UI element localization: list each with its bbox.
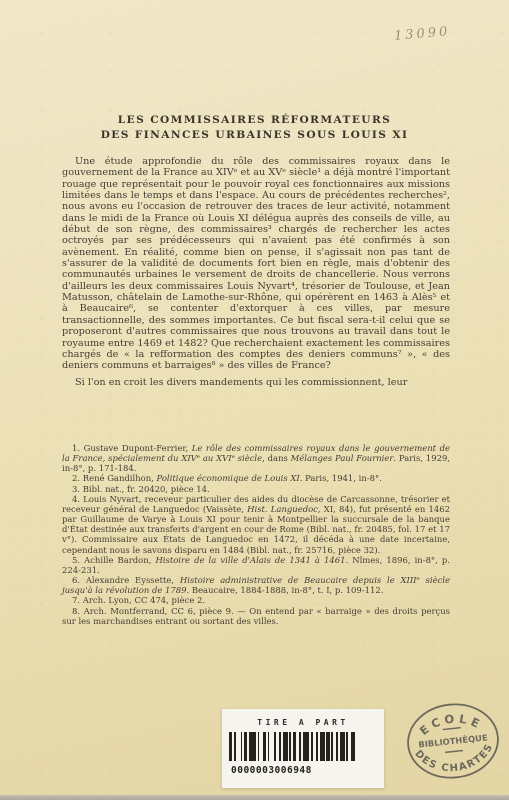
footnote: 8. Arch. Montferrand, CC 6, pièce 9. — O… (62, 606, 450, 626)
footnote: 1. Gustave Dupont-Ferrier, Le rôle des c… (62, 443, 450, 473)
footnote-text: 5. Achille Bardon, (72, 555, 155, 565)
footnotes: 1. Gustave Dupont-Ferrier, Le rôle des c… (62, 443, 450, 626)
footnote-text: . Paris, 1941, in-8°. (300, 473, 382, 483)
footnote: 5. Achille Bardon, Histoire de la ville … (62, 555, 450, 575)
footnote-text: 6. Alexandre Eyssette, (72, 575, 180, 585)
article-title: LES COMMISSAIRES RÉFORMATEURS DES FINANC… (0, 113, 509, 142)
library-stamp: ECOLE BIBLIOTHÈQUE DES CHARTES (399, 696, 507, 786)
scanned-page: 13090 LES COMMISSAIRES RÉFORMATEURS DES … (0, 0, 509, 800)
barcode-bar (249, 732, 256, 761)
footnote-text: . Beaucaire, 1884-1888, in-8°, t. I, p. … (187, 585, 384, 595)
barcode-icon (229, 732, 377, 761)
footnote-work-title: Mélanges Paul Fournier (291, 453, 394, 463)
footnote-text: 8. Arch. Montferrand, CC 6, pièce 9. — O… (62, 606, 450, 626)
stamp-circle-icon: ECOLE BIBLIOTHÈQUE DES CHARTES (399, 696, 507, 786)
barcode-number: 0000003006948 (231, 765, 312, 776)
body-paragraph: Une étude approfondie du rôle des commis… (62, 156, 450, 372)
body-paragraph: Si l'on en croit les divers mandements q… (62, 377, 450, 388)
footnote: 4. Louis Nyvart, receveur particulier de… (62, 494, 450, 555)
footnote-text: , dans (262, 453, 291, 463)
handwritten-shelf-number: 13090 (393, 23, 464, 44)
footnote-work-title: Histoire de la ville d'Alais de 1341 à 1… (155, 555, 345, 565)
footnote-work-title: Politique économique de Louis XI (157, 473, 300, 483)
barcode-bar (303, 732, 310, 761)
footnote-work-title: Hist. Languedoc (247, 504, 318, 514)
title-line-1: LES COMMISSAIRES RÉFORMATEURS (0, 113, 509, 128)
footnote-text: 7. Arch. Lyon, CC 474, pièce 2. (72, 595, 205, 605)
footnote-text: 1. Gustave Dupont-Ferrier, (72, 443, 192, 453)
body-text: Une étude approfondie du rôle des commis… (62, 156, 450, 393)
tire-a-part-label: TIRE A PART (222, 718, 384, 727)
footnote: 3. Bibl. nat., fr. 20420, pièce 14. (62, 484, 450, 494)
tire-a-part-sticker: TIRE A PART 0000003006948 (222, 709, 384, 788)
scan-edge-shadow (0, 795, 509, 800)
barcode-space (355, 732, 357, 761)
footnote: 2. René Gandilhon, Politique économique … (62, 473, 450, 483)
footnote-text: 2. René Gandilhon, (72, 473, 157, 483)
footnote: 7. Arch. Lyon, CC 474, pièce 2. (62, 595, 450, 605)
title-line-2: DES FINANCES URBAINES SOUS LOUIS XI (0, 128, 509, 143)
footnote: 6. Alexandre Eyssette, Histoire administ… (62, 575, 450, 595)
footnote-text: 3. Bibl. nat., fr. 20420, pièce 14. (72, 484, 210, 494)
